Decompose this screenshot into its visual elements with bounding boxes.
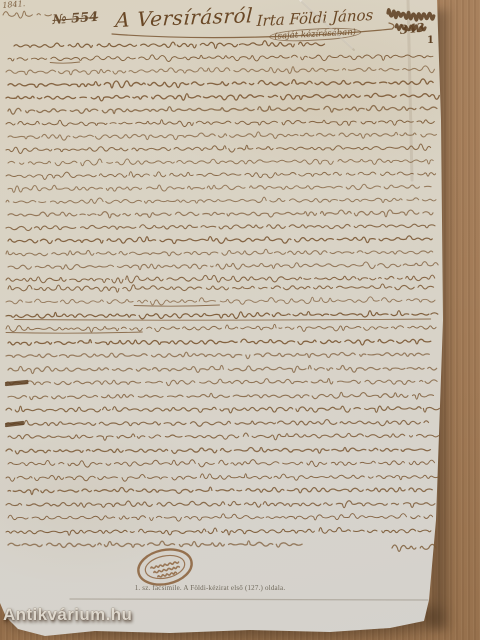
facsimile-caption: 1. sz. facsimile. A Földi-kézirat első (… (105, 584, 315, 592)
antikvarium-watermark: Antikvárium.hu (3, 605, 132, 625)
handwriting-layer (0, 0, 480, 640)
scanned-photo: 1841. № 554 A Versírásról Irta Földi Ján… (0, 0, 480, 640)
